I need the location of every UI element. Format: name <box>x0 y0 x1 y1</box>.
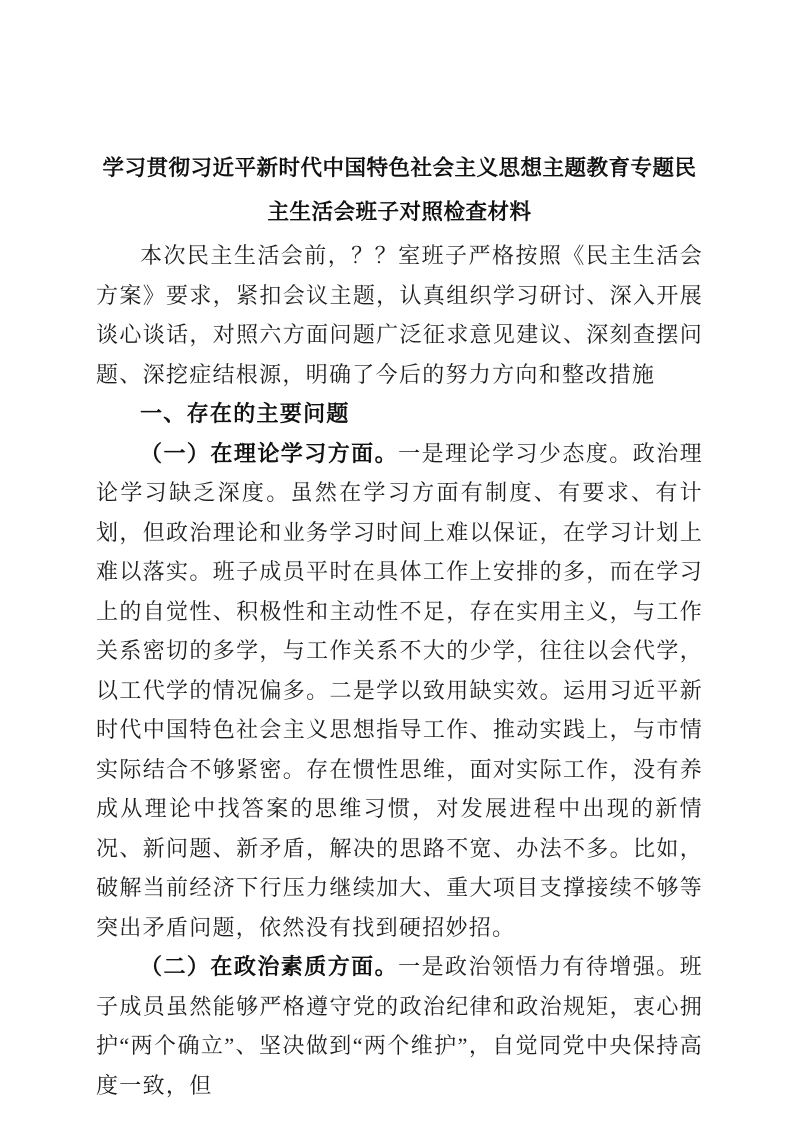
paragraph-theory-study-lead: （一）在理论学习方面。 <box>140 441 398 466</box>
document-page: 学习贯彻习近平新时代中国特色社会主义思想主题教育专题民主生活会班子对照检查材料 … <box>0 0 793 1122</box>
paragraph-political-quality-lead: （二）在政治素质方面。 <box>140 954 398 979</box>
section-heading-main-problems: 一、存在的主要问题 <box>96 394 703 434</box>
intro-paragraph: 本次民主生活会前，？？室班子严格按照《民主生活会方案》要求，紧扣会议主题，认真组… <box>96 236 703 394</box>
paragraph-theory-study-text: 一是理论学习少态度。政治理论学习缺乏深度。虽然在学习方面有制度、有要求、有计划，… <box>96 441 703 940</box>
document-title: 学习贯彻习近平新时代中国特色社会主义思想主题教育专题民主生活会班子对照检查材料 <box>96 146 703 234</box>
paragraph-political-quality: （二）在政治素质方面。一是政治领悟力有待增强。班子成员虽然能够严格遵守党的政治纪… <box>96 947 703 1105</box>
paragraph-theory-study: （一）在理论学习方面。一是理论学习少态度。政治理论学习缺乏深度。虽然在学习方面有… <box>96 434 703 948</box>
